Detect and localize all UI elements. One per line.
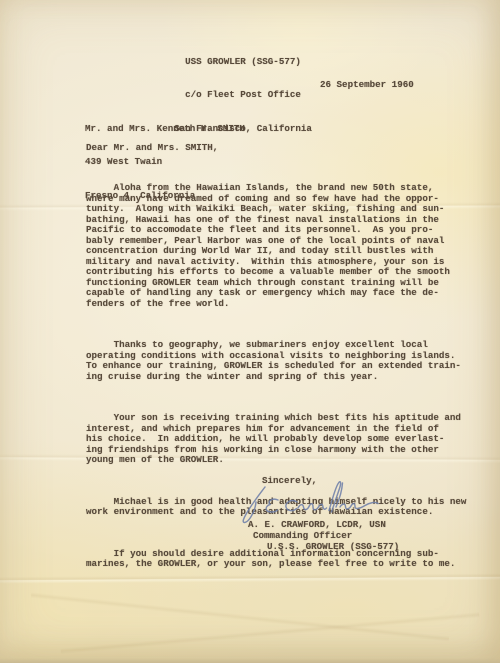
paragraph-geography: Thanks to geography, we submariners enjo… [86, 340, 466, 382]
paper-crease [61, 612, 480, 655]
scanned-letter: USS GROWLER (SSG-577) c/o Fleet Post Off… [0, 0, 500, 663]
salutation: Dear Mr. and Mrs. SMITH, [86, 143, 218, 154]
recipient-name: Mr. and Mrs. Kenneth H. SMITH [85, 123, 245, 134]
signer-name: A. E. CRAWFORD, LCDR, USN [248, 520, 386, 531]
signer-command: U.S.S. GROWLER (SSG-577) [267, 542, 399, 553]
paragraph-aloha: Aloha from the Hawaiian Islands, the bra… [86, 183, 466, 309]
paper-bottom-edge [0, 658, 500, 663]
date-line: 26 September 1960 [320, 80, 414, 91]
paragraph-training: Your son is receiving training which bes… [86, 413, 466, 466]
letterhead-command: USS GROWLER (SSG-577) [0, 56, 486, 67]
signer-title: Commanding Officer [253, 531, 352, 542]
